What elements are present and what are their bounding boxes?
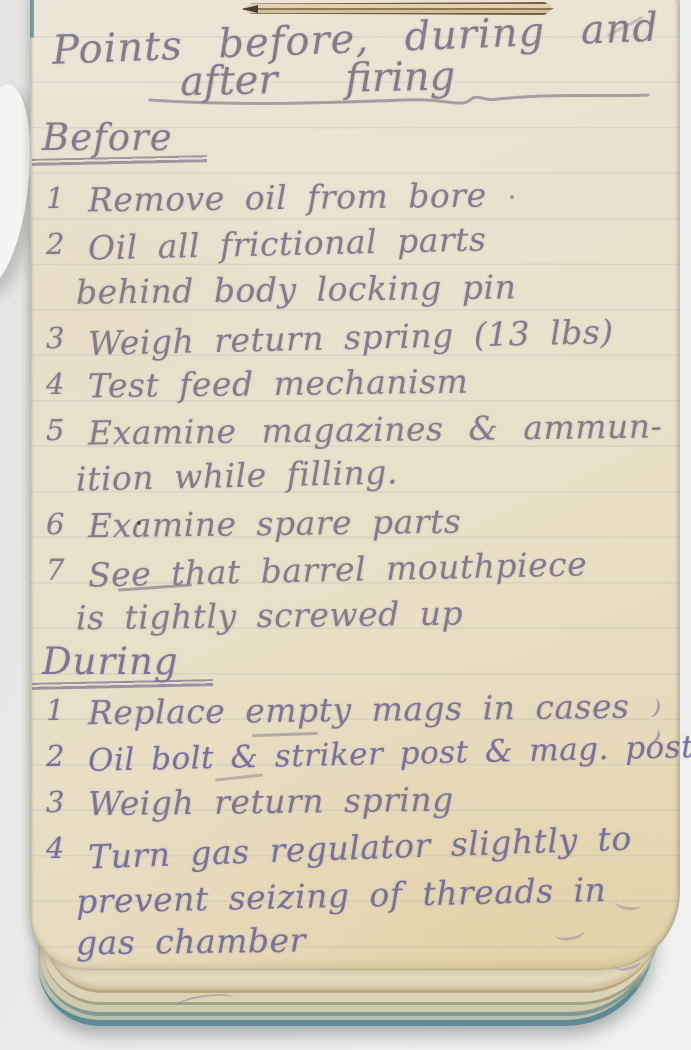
row-text: Oil bolt & striker post & mag. post — [88, 729, 691, 779]
list-row: 4 Test feed mechanism — [30, 364, 674, 406]
row-text: is tightly screwed up — [76, 594, 464, 638]
title-underline-flourish — [148, 86, 653, 112]
list-row-continuation: is tightly screwed up — [30, 596, 674, 638]
list-row: 5 Examine magazines & ammun- — [30, 410, 674, 452]
row-number: 1 — [46, 693, 64, 727]
row-number: 5 — [46, 413, 64, 447]
row-text: prevent seizing of threads in — [76, 870, 607, 921]
row-text: Remove oil from bore — [88, 176, 487, 220]
row-number: 3 — [46, 785, 64, 819]
section-heading-during: During — [40, 640, 185, 685]
row-text: Weigh return spring — [88, 780, 454, 823]
list-row: 4 Turn gas regulator slightly to — [30, 828, 674, 870]
list-row: 6 Examine spare parts — [30, 504, 674, 546]
row-text: Oil all frictional parts — [88, 219, 487, 267]
row-text: Test feed mechanism — [88, 362, 469, 406]
list-row: 3 Weigh return spring (13 lbs) — [30, 318, 674, 360]
list-row-continuation: ition while filling. — [30, 456, 674, 498]
row-number: 1 — [46, 181, 64, 215]
list-row-continuation: prevent seizing of threads in — [30, 876, 674, 918]
list-row-continuation: behind body locking pin — [30, 270, 674, 312]
row-text: Examine spare parts — [88, 502, 462, 546]
section-heading-text: Before — [40, 116, 179, 161]
row-text: Turn gas regulator slightly to — [87, 819, 632, 877]
row-text: behind body locking pin — [76, 267, 517, 311]
row-number: 6 — [46, 507, 64, 541]
list-row: 3 Weigh return spring — [30, 782, 674, 824]
row-text: See that barrel mouthpiece — [88, 544, 588, 594]
notebook-page: Points before, during and after firing B… — [30, 0, 680, 970]
row-text: Examine magazines & ammun- — [88, 406, 663, 452]
list-row: 2 Oil bolt & striker post & mag. post — [30, 736, 674, 778]
row-text: ition while filling. — [76, 452, 399, 498]
page-edge-tint — [30, 0, 34, 38]
row-number: 2 — [46, 739, 64, 773]
notebook-photo: Points before, during and after firing B… — [0, 0, 691, 1050]
list-row: 2 Oil all frictional parts — [30, 224, 674, 266]
list-row: 1 Remove oil from bore — [30, 178, 674, 220]
row-number: 7 — [46, 553, 64, 587]
row-number: 4 — [46, 367, 64, 401]
row-number: 3 — [46, 321, 64, 355]
list-row: 7 See that barrel mouthpiece — [30, 550, 674, 592]
row-number: 4 — [46, 831, 64, 865]
list-row: 1 Replace empty mags in cases — [30, 690, 674, 732]
row-text: gas chamber — [76, 921, 306, 963]
row-number: 2 — [46, 227, 64, 261]
row-text: Replace empty mags in cases — [88, 687, 630, 733]
row-text: Weigh return spring (13 lbs) — [88, 312, 614, 363]
section-heading-text: During — [40, 640, 185, 685]
list-row-continuation: gas chamber — [30, 922, 674, 964]
section-heading-before: Before — [40, 116, 179, 161]
